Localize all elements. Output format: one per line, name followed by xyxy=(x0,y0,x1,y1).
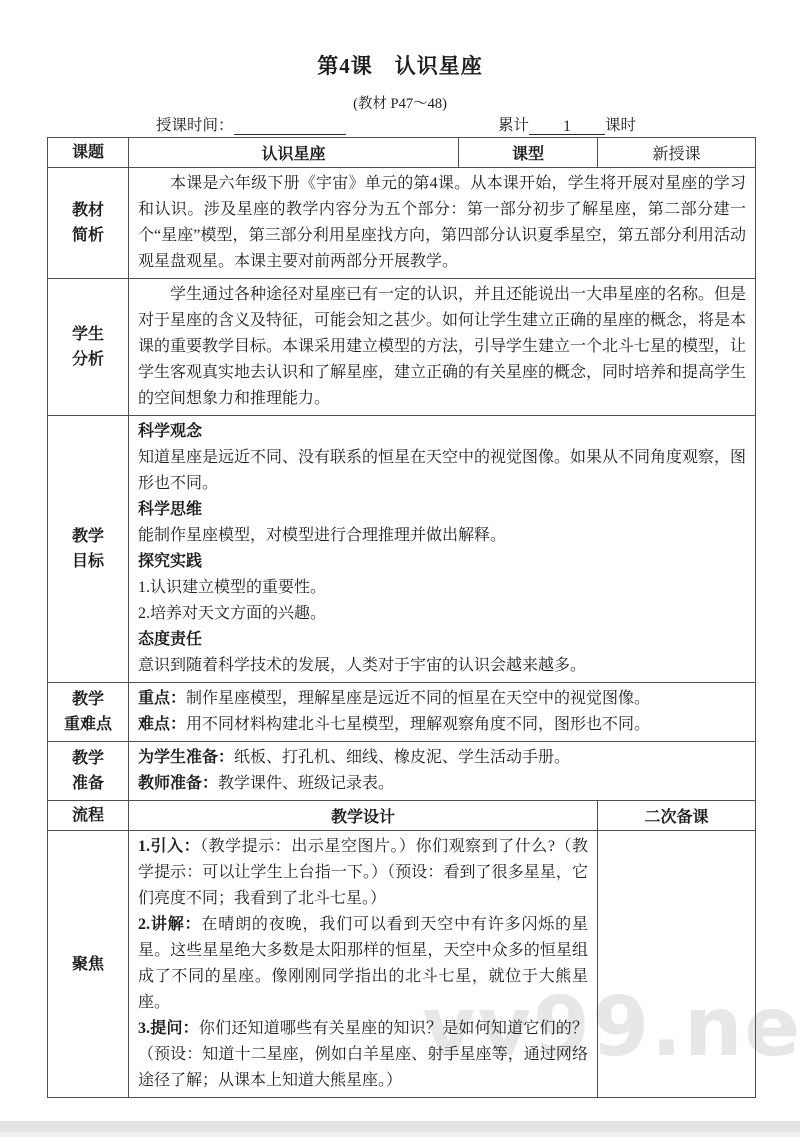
key-points-label: 教学 重难点 xyxy=(48,683,129,742)
preparation-content: 为学生准备：纸板、打孔机、细线、橡皮泥、学生活动手册。 教师准备：教学课件、班级… xyxy=(129,742,756,801)
focus-item: 1.引入：（教学提示：出示星空图片。）你们观察到了什么?（教学提示：可以让学生上… xyxy=(138,834,588,912)
preparation-item: 教师准备：教学课件、班级记录表。 xyxy=(138,771,746,797)
topic-value-cell: 认识星座 xyxy=(129,138,459,168)
teaching-time-label: 授课时间： xyxy=(156,117,234,134)
student-analysis-row: 学生 分析 学生通过各种途径对星座已有一定的认识，并且还能说出一大串星座的名称。… xyxy=(48,279,756,416)
topic-label-cell: 课题 xyxy=(48,138,129,168)
objectives-line: 知道星座是远近不同、没有联系的恒星在天空中的视觉图像。如果从不同角度观察，图形也… xyxy=(138,445,746,497)
material-analysis-label: 教材 简析 xyxy=(48,168,129,279)
preparation-text: 纸板、打孔机、细线、橡皮泥、学生活动手册。 xyxy=(234,749,570,766)
focus-item-head: 1.引入： xyxy=(138,838,200,855)
focus-item-text: 在晴朗的夜晚，我们可以看到天空中有许多闪烁的星星。这些星星绝大多数是太阳那样的恒… xyxy=(138,916,588,1011)
process-header-row: 流程 教学设计 二次备课 xyxy=(48,801,756,831)
objectives-section-head: 科学观念 xyxy=(138,419,746,445)
process-label: 流程 xyxy=(48,801,129,831)
key-point-head: 重点： xyxy=(138,690,186,707)
student-analysis-content: 学生通过各种途径对星座已有一定的认识，并且还能说出一大串星座的名称。但是对于星座… xyxy=(129,279,756,416)
key-point-text: 用不同材料构建北斗七星模型，理解观察角度不同，图形也不同。 xyxy=(186,716,650,733)
objectives-section-head: 态度责任 xyxy=(138,627,746,653)
page-subtitle: (教材 P47～48) xyxy=(0,92,800,113)
focus-item-text: 你们还知道哪些有关星座的知识？是如何知道它们的？（预设：知道十二星座，例如白羊星… xyxy=(138,1020,588,1089)
material-analysis-text: 本课是六年级下册《宇宙》单元的第4课。从本课开始，学生将开展对星座的学习和认识。… xyxy=(138,171,746,275)
teaching-time-blank xyxy=(234,118,346,135)
cumulative-unit: 课时 xyxy=(605,117,636,134)
preparation-text: 教学课件、班级记录表。 xyxy=(218,775,394,792)
page-title: 第4课 认识星座 xyxy=(0,50,800,80)
focus-item-head: 3.提问： xyxy=(138,1020,199,1037)
preparation-head: 教师准备： xyxy=(138,775,218,792)
cumulative-label: 累计 xyxy=(498,117,529,134)
key-point-text: 制作星座模型，理解星座是远近不同的恒星在天空中的视觉图像。 xyxy=(186,690,650,707)
student-analysis-text: 学生通过各种途径对星座已有一定的认识，并且还能说出一大串星座的名称。但是对于星座… xyxy=(138,282,746,412)
focus-item: 2.讲解：在晴朗的夜晚，我们可以看到天空中有许多闪烁的星星。这些星星绝大多数是太… xyxy=(138,912,588,1016)
objectives-line: 1.认识建立模型的重要性。 xyxy=(138,575,746,601)
focus-item-text: （教学提示：出示星空图片。）你们观察到了什么?（教学提示：可以让学生上台指一下。… xyxy=(138,838,588,907)
second-review-empty-cell xyxy=(598,831,756,1098)
second-review-header: 二次备课 xyxy=(598,801,756,831)
teaching-time-field: 授课时间： xyxy=(156,113,346,135)
cumulative-hours-field: 累计1课时 xyxy=(498,113,636,135)
objectives-line: 能制作星座模型，对模型进行合理推理并做出解释。 xyxy=(138,523,746,549)
objectives-line: 意识到随着科学技术的发展，人类对于宇宙的认识会越来越多。 xyxy=(138,653,746,679)
key-point-item: 重点：制作星座模型，理解星座是远近不同的恒星在天空中的视觉图像。 xyxy=(138,686,746,712)
preparation-item: 为学生准备：纸板、打孔机、细线、橡皮泥、学生活动手册。 xyxy=(138,745,746,771)
focus-content: 1.引入：（教学提示：出示星空图片。）你们观察到了什么?（教学提示：可以让学生上… xyxy=(129,831,598,1098)
objectives-section-head: 科学思维 xyxy=(138,497,746,523)
objectives-label: 教学 目标 xyxy=(48,416,129,683)
material-analysis-content: 本课是六年级下册《宇宙》单元的第4课。从本课开始，学生将开展对星座的学习和认识。… xyxy=(129,168,756,279)
key-points-row: 教学 重难点 重点：制作星座模型，理解星座是远近不同的恒星在天空中的视觉图像。 … xyxy=(48,683,756,742)
lesson-plan-table: 课题 认识星座 课型 新授课 教材 简析 本课是六年级下册《宇宙》单元的第4课。… xyxy=(47,137,756,1098)
objectives-line: 2.培养对天文方面的兴趣。 xyxy=(138,601,746,627)
objectives-row: 教学 目标 科学观念 知道星座是远近不同、没有联系的恒星在天空中的视觉图像。如果… xyxy=(48,416,756,683)
key-points-content: 重点：制作星座模型，理解星座是远近不同的恒星在天空中的视觉图像。 难点：用不同材… xyxy=(129,683,756,742)
objectives-content: 科学观念 知道星座是远近不同、没有联系的恒星在天空中的视觉图像。如果从不同角度观… xyxy=(129,416,756,683)
cumulative-value: 1 xyxy=(529,118,605,135)
focus-row: 聚焦 1.引入：（教学提示：出示星空图片。）你们观察到了什么?（教学提示：可以让… xyxy=(48,831,756,1098)
key-point-head: 难点： xyxy=(138,716,186,733)
scan-edge-band xyxy=(0,1121,800,1137)
preparation-head: 为学生准备： xyxy=(138,749,234,766)
lesson-plan-page: vv99.net 第4课 认识星座 (教材 P47～48) 授课时间： 累计1课… xyxy=(0,0,800,1137)
preparation-label: 教学 准备 xyxy=(48,742,129,801)
focus-item-head: 2.讲解： xyxy=(138,916,201,933)
teaching-design-header: 教学设计 xyxy=(129,801,598,831)
focus-item: 3.提问：你们还知道哪些有关星座的知识？是如何知道它们的？（预设：知道十二星座，… xyxy=(138,1016,588,1094)
key-point-item: 难点：用不同材料构建北斗七星模型，理解观察角度不同，图形也不同。 xyxy=(138,712,746,738)
material-analysis-row: 教材 简析 本课是六年级下册《宇宙》单元的第4课。从本课开始，学生将开展对星座的… xyxy=(48,168,756,279)
course-type-value-cell: 新授课 xyxy=(598,138,756,168)
preparation-row: 教学 准备 为学生准备：纸板、打孔机、细线、橡皮泥、学生活动手册。 教师准备：教… xyxy=(48,742,756,801)
focus-label: 聚焦 xyxy=(48,831,129,1098)
course-type-label-cell: 课型 xyxy=(459,138,598,168)
objectives-section-head: 探究实践 xyxy=(138,549,746,575)
header-row: 课题 认识星座 课型 新授课 xyxy=(48,138,756,168)
student-analysis-label: 学生 分析 xyxy=(48,279,129,416)
